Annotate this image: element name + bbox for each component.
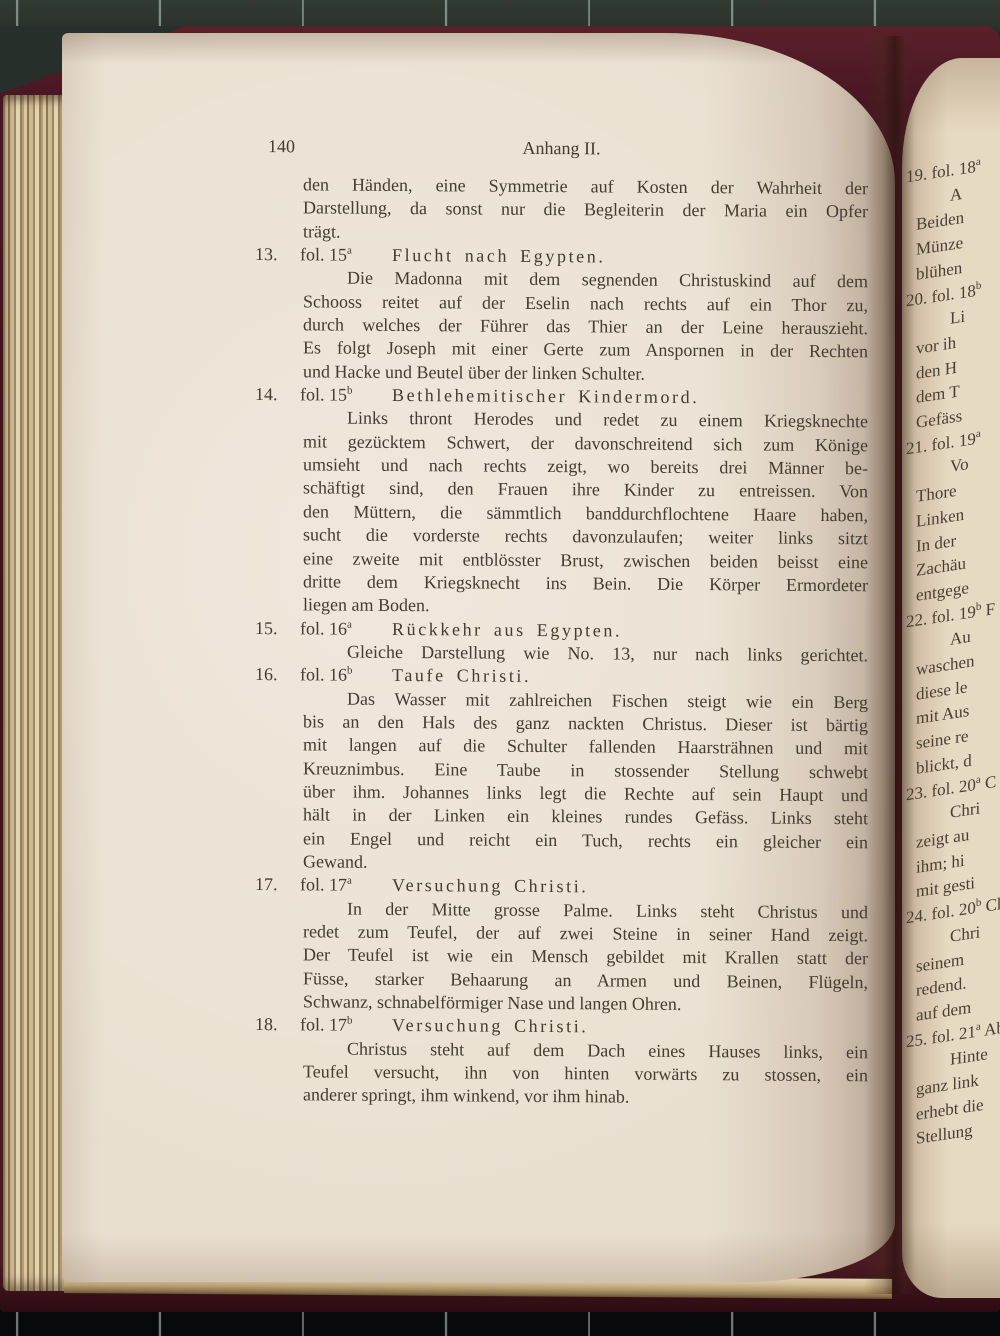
entry-number: 18. [255,1013,300,1037]
fol-reference: fol. 17b [300,1014,392,1038]
right-page: 19. fol. 18aABeidenMünzeblühen20. fol. 1… [902,58,1000,1298]
fol-reference: fol. 16a [300,617,392,641]
book-photograph: 19. fol. 18aABeidenMünzeblühen20. fol. 1… [0,0,1000,1336]
text-line: anderer springt, ihm winkend, vor ihm hi… [255,1083,868,1111]
right-page-lines: 19. fol. 18aABeidenMünzeblühen20. fol. 1… [902,145,1000,1154]
fol-superscript: b [347,665,353,677]
entry-number: 16. [255,663,300,687]
fol-superscript: b [347,1015,353,1027]
fol-superscript: b [347,385,353,397]
fol-reference: fol. 16b [300,664,392,688]
page-edges-left [3,95,69,1291]
entry-title: Flucht nach Egypten. [392,245,605,266]
fol-superscript: a [976,427,981,440]
fol-superscript: a [976,773,981,786]
entry-number: 17. [255,873,300,897]
fol-superscript: a [347,245,352,257]
entry-title: Bethlehemitischer Kindermord. [392,385,699,407]
left-page-text: 140 Anhang II. den Händen, eine Symmetri… [255,136,868,1111]
running-header: Anhang II. [255,136,868,161]
fol-superscript: a [347,875,352,887]
left-page-lines: den Händen, eine Symmetrie auf Kosten de… [255,173,868,1111]
fol-superscript: a [347,618,352,630]
fol-superscript: b [976,897,982,910]
entry-number: 13. [255,243,300,267]
fol-superscript: b [976,600,982,613]
fol-reference: fol. 17a [300,874,392,898]
entry-title: Versuchung Christi. [392,875,588,896]
entry-title: Versuchung Christi. [392,1015,588,1036]
entry-title: Rückkehr aus Egypten. [392,618,622,640]
fol-reference: fol. 15b [300,383,392,407]
fol-reference: fol. 15a [300,243,392,267]
page-header-row: 140 Anhang II. [255,136,868,164]
text-line: sucht die vorderste rechts davonzulaufen… [255,523,868,551]
fol-superscript: a [976,1020,981,1033]
fol-superscript: a [976,156,981,169]
entry-number: 14. [255,383,300,407]
entry-title: Taufe Christi. [392,665,531,686]
text-line: Darstellung, da sonst nur die Begleiteri… [255,196,868,224]
entry-number: 15. [255,617,300,641]
fol-superscript: b [976,279,982,292]
